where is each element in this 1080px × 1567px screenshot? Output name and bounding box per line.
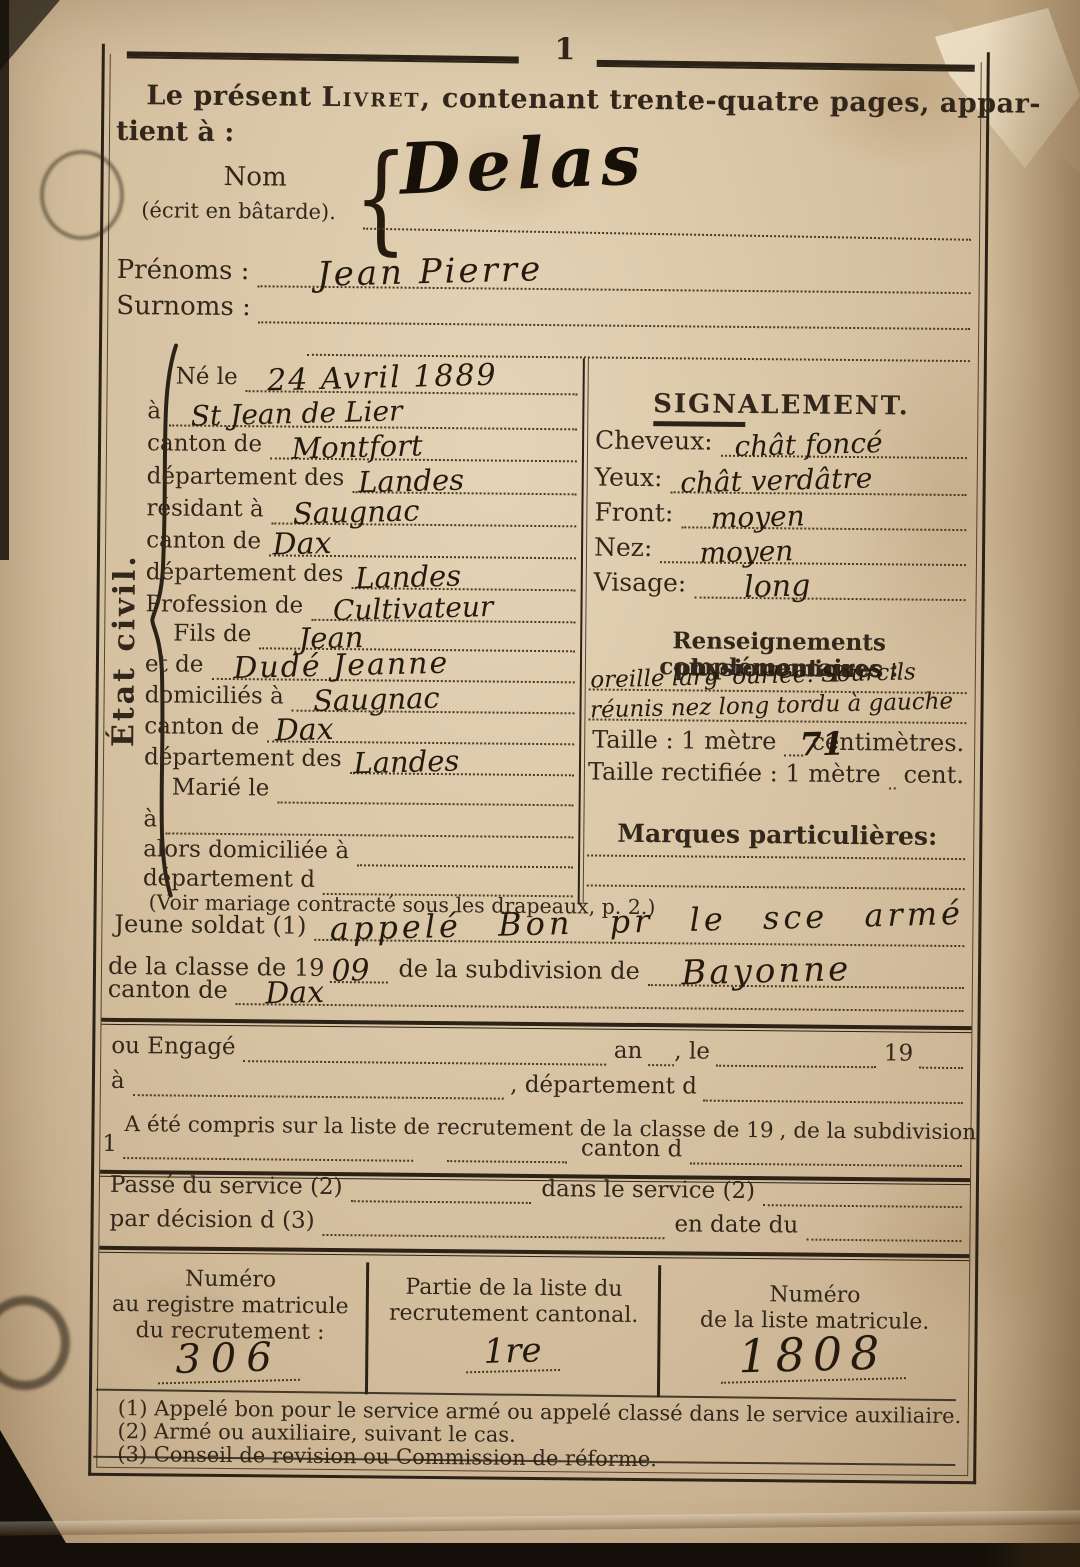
dotted-line (888, 755, 895, 789)
sig-value: moyen (710, 502, 805, 532)
decision-row: par décision d (3) en date du (109, 1200, 961, 1242)
decision-label: par décision d (3) (109, 1208, 314, 1236)
dotted-line: Montfort (270, 425, 577, 462)
surnoms-row: Surnoms : (116, 288, 970, 330)
header-line: Numéro (103, 1266, 358, 1294)
prenoms-label: Prénoms : (117, 257, 250, 287)
an-label: an (614, 1040, 643, 1066)
dotted-line (716, 1033, 876, 1069)
top-rule-left (127, 51, 519, 63)
a-label: à (111, 1070, 125, 1096)
field-row: Né le24 Avril 1889 (176, 357, 578, 395)
signalement-title: SIGNALEMENT. (595, 389, 967, 423)
field-label: Né le (176, 365, 238, 392)
dans-label: dans le service (2) (541, 1178, 755, 1206)
section-rule (99, 1246, 969, 1261)
canton-d-label: canton d (581, 1137, 683, 1164)
table-divider (365, 1262, 372, 1394)
header-line: Numéro (670, 1281, 960, 1310)
marques-label: Marques particulières: (591, 819, 963, 852)
prenoms-value: Jean Pierre (316, 252, 543, 292)
sig-value: chât verdâtre (680, 464, 873, 497)
year-label: 19 (884, 1042, 914, 1068)
dotted-line: 71 (784, 722, 803, 756)
jeune-soldat-label: Jeune soldat (1) (114, 912, 306, 941)
nom-sublabel: (écrit en bâtarde). (141, 198, 336, 224)
scan-edge-bottom (0, 1543, 1080, 1567)
header-line: recrutement cantonal. (378, 1300, 650, 1329)
date-label: en date du (674, 1213, 798, 1240)
column-divider (578, 358, 589, 904)
sig-row: Nez:moyen (594, 529, 966, 567)
dotted-line (133, 1062, 505, 1100)
intro-livret: Livret, (321, 82, 432, 114)
table-value: 306 (102, 1340, 357, 1386)
field-row: canton deMontfort (147, 424, 577, 462)
empty-line (587, 884, 965, 890)
taille-rectifiee-row: Taille rectifiée : 1 mètre cent. (588, 752, 964, 790)
taille-rectifiee-unit: cent. (903, 763, 964, 791)
dotted-line (703, 1068, 963, 1104)
sig-row: Front:moyen (594, 494, 966, 532)
intro-prefix: Le présent (146, 80, 322, 113)
dotted-line (919, 1035, 963, 1069)
dotted-line (123, 1125, 413, 1162)
sig-value: moyen (699, 537, 794, 567)
scan-edge-left (0, 0, 9, 560)
dotted-line: moyen (681, 494, 966, 531)
dotted-line: chât foncé (721, 423, 968, 459)
canton-value: Dax (265, 978, 325, 1009)
page-edge-shadow (985, 0, 1080, 1567)
sig-label: Front: (594, 500, 673, 529)
field-label: à (147, 400, 161, 426)
field-label: Marié le (172, 776, 270, 803)
sig-row: Visage:long (594, 564, 966, 602)
nom-value: Delas (398, 124, 647, 204)
taille-rectifiee-label: Taille rectifiée : 1 mètre (588, 759, 881, 789)
dotted-line (763, 1172, 962, 1208)
sig-row: Cheveux:chât foncé (595, 422, 967, 460)
table-value: 1808 (669, 1333, 959, 1386)
sig-value: long (743, 571, 810, 603)
dotted-line: Landes (352, 459, 577, 495)
dotted-line (243, 1028, 606, 1065)
liste-partie: 1re (465, 1333, 560, 1373)
dotted-line: Landes (351, 555, 576, 591)
nom-label: Nom (223, 162, 286, 193)
canton-label: canton de (108, 977, 228, 1005)
dotted-line: Dax (236, 971, 964, 1012)
table-header: Partie de la liste du recrutement canton… (378, 1274, 650, 1329)
engage-label: ou Engagé (111, 1035, 236, 1062)
dotted-line (806, 1207, 962, 1242)
form-frame: 1 Le présent Livret, contenant trente-qu… (88, 44, 990, 1484)
intro-text: Le présent Livret, contenant trente-quat… (146, 80, 1041, 120)
matricule-number: 306 (157, 1337, 300, 1385)
sig-value: chât foncé (734, 429, 883, 461)
dotted-line (323, 1202, 665, 1239)
dotted-line (259, 289, 971, 330)
renseignements-value: réunis nez long tordu à gauche (590, 690, 954, 722)
top-rule-right (597, 60, 975, 72)
sig-label: Visage: (594, 570, 687, 599)
liste-matricule-number: 1808 (720, 1329, 906, 1384)
le-label: , le (674, 1040, 710, 1066)
table-value: 1re (377, 1334, 649, 1375)
jeune-soldat-row: Jeune soldat (1) appelé Bon pr le sce ar… (114, 905, 964, 947)
dotted-line (648, 1032, 674, 1066)
line-prefix: 1 (102, 1133, 117, 1159)
table-header: Numéro au registre matricule du recrutem… (102, 1266, 358, 1346)
passe-label: Passé du service (2) (110, 1174, 343, 1202)
table-divider (657, 1265, 664, 1397)
dotted-line (690, 1130, 962, 1167)
engage-row: à , département d (111, 1062, 963, 1104)
dotted-line: Jean Pierre (257, 253, 971, 294)
sig-row: Yeux:chât verdâtre (595, 459, 967, 497)
header-line: Partie de la liste du (378, 1274, 650, 1303)
renseignements-value: oreille larg' ourlée. Sourcils (590, 661, 916, 692)
sig-label: Nez: (594, 535, 653, 564)
engage-canton-row: 1 canton d (102, 1125, 962, 1167)
canton-row: canton de Dax (108, 970, 964, 1012)
empty-line (587, 854, 965, 860)
dotted-line: moyen (660, 529, 966, 566)
dotted-line: Saugnac (272, 490, 577, 527)
sig-label: Yeux: (595, 465, 663, 494)
dotted-line (350, 1168, 531, 1204)
header-line: au registre matricule (103, 1292, 358, 1320)
field-label: canton de (147, 432, 262, 459)
intro-rest: contenant trente-quatre pages, appar- (432, 83, 1041, 120)
dotted-line: chât verdâtre (670, 459, 967, 496)
surnoms-label: Surnoms : (116, 293, 251, 323)
dotted-line: Dax (269, 522, 576, 559)
dotted-line (447, 1128, 567, 1163)
field-label: canton de (146, 529, 261, 556)
etat-civil-label: État civil. (106, 512, 144, 788)
dotted-line: appelé Bon pr le sce armé (314, 907, 964, 947)
departement-label: , département d (510, 1074, 697, 1102)
field-value: 24 Avril 1889 (267, 361, 498, 397)
nom-dotted-line (363, 228, 971, 241)
scanned-booklet-page: { "colors": { "paper": "#d8c4a4", "ink":… (0, 0, 1080, 1567)
dotted-line: long (694, 564, 966, 601)
field-label: résidant à (146, 497, 264, 524)
intro-text-line2: tient à : (116, 116, 235, 148)
prenoms-row: Prénoms : Jean Pierre (117, 252, 971, 294)
sig-label: Cheveux: (595, 428, 713, 457)
dotted-line: 24 Avril 1889 (246, 358, 578, 395)
dotted-line (277, 769, 574, 806)
page-number: 1 (537, 32, 593, 68)
